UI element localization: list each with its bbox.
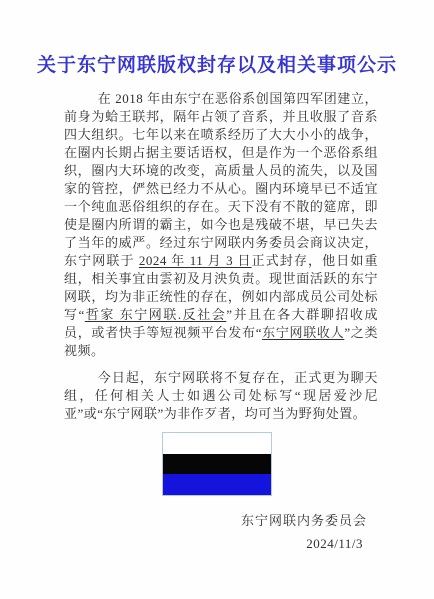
signature-org: 东宁网联内务委员会 — [0, 510, 367, 529]
org-tag-underlined: 哲家 东宁网联.反社会 — [85, 307, 226, 322]
recruit-phrase-underlined: 东宁网联收人 — [262, 325, 344, 340]
history-text: 在 2018 年由东宁在恶俗系创国第四军团建立，前身为蛤王联邦，隔年占领了音系，… — [64, 91, 378, 268]
seal-date-underlined: 2024 年 11 月 3 日 — [139, 253, 252, 268]
paragraph-history: 在 2018 年由东宁在恶俗系创国第四军团建立，前身为蛤王联邦，隔年占领了音系，… — [64, 90, 378, 360]
flag-stripe-white — [163, 433, 271, 454]
signature-date: 2024/11/3 — [0, 536, 367, 552]
flag-stripe-blue — [163, 474, 271, 495]
announcement-document: 关于东宁网联版权封存以及相关事项公示 在 2018 年由东宁在恶俗系创国第四军团… — [0, 0, 434, 599]
paragraph-disposition: 今日起，东宁网联将不复存在，正式更为聊天组，任何相关人士如遇公司处标写“现居爱沙… — [64, 369, 378, 423]
flag-stripe-black — [163, 454, 271, 475]
inverted-estonia-flag — [162, 432, 272, 496]
document-body: 在 2018 年由东宁在恶俗系创国第四军团建立，前身为蛤王联邦，隔年占领了音系，… — [0, 77, 434, 423]
page-title: 关于东宁网联版权封存以及相关事项公示 — [0, 0, 434, 77]
signature-block: 东宁网联内务委员会 2024/11/3 — [0, 496, 434, 552]
